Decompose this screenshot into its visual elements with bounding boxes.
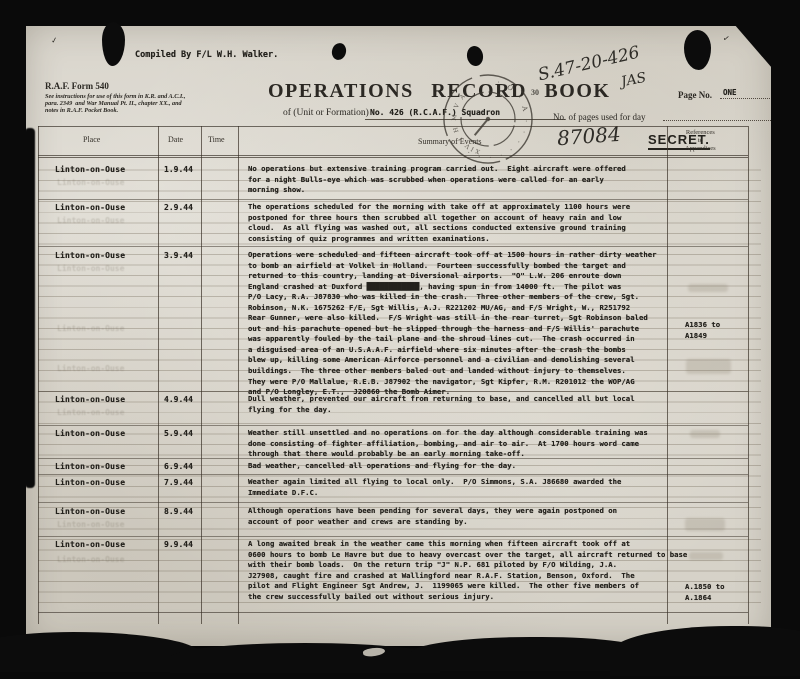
scan-edge-right [771,0,800,679]
table-bottom-line [38,612,748,613]
row-summary: Dull weather, prevented our aircraft fro… [248,394,635,415]
bleed-through-text: Linton-on-Ouse [57,408,124,417]
form-instructions: See instructions for use of this form in… [45,93,185,114]
row-sep-2 [38,246,748,247]
bleed-through-text: Linton-on-Ouse [57,178,124,187]
row-place: Linton-on-Ouse [55,462,125,471]
bleed-smudge [686,359,731,374]
header-sep-line-2 [38,157,748,158]
col-header-references: References to Appendices [685,129,716,153]
row-date: 6.9.44 [164,462,193,471]
col-header-place: Place [83,135,100,144]
bleed-through-text: Linton-on-Ouse [57,555,124,564]
row-place: Linton-on-Ouse [55,165,125,174]
row-references: A.1850 to A.1864 [685,581,725,603]
header-sep-line-1 [38,155,748,156]
row-place: Linton-on-Ouse [55,507,125,516]
row-date: 2.9.44 [164,203,193,212]
bleed-smudge [690,430,720,438]
row-place: Linton-on-Ouse [55,203,125,212]
page-no-fill-line [720,90,770,99]
row-date: 1.9.44 [164,165,193,174]
row-place: Linton-on-Ouse [55,395,125,404]
bleed-through-text: Linton-on-Ouse [57,324,124,333]
unit-line-prefix: of (Unit or Formation) [283,108,369,118]
row-sep-8 [38,536,748,537]
punch-hole [684,30,711,70]
bleed-through-text: Linton-on-Ouse [57,520,124,529]
row-date: 5.9.44 [164,429,193,438]
row-summary: Although operations have been pending fo… [248,506,617,527]
row-place: Linton-on-Ouse [55,540,125,549]
row-place: Linton-on-Ouse [55,429,125,438]
row-summary: The operations scheduled for the morning… [248,202,630,244]
torn-edge [170,643,440,673]
col-header-summary: Summary of Events [418,137,482,146]
bleed-smudge [689,552,723,560]
row-sep-7 [38,502,748,503]
row-place: Linton-on-Ouse [55,478,125,487]
table-border-right [748,126,749,624]
row-date: 4.9.44 [164,395,193,404]
row-date: 3.9.44 [164,251,193,260]
row-date: 9.9.44 [164,540,193,549]
table-border-left [38,126,39,624]
scanned-document: Compiled By F/L W.H. Walker. R.A.F. Form… [0,0,800,679]
pen-tick-mark: ✓ [722,33,730,43]
row-summary: A long awaited break in the weather came… [248,539,687,602]
scan-edge-left [0,0,26,679]
col-line-place-date [158,126,159,624]
row-summary: Weather still unsettled and no operation… [248,428,648,460]
scan-edge-top [0,0,800,26]
row-sep-6 [38,474,748,475]
stamp-date-fragment: 30 [531,88,539,97]
col-line-date-time [201,126,202,624]
row-summary: Weather again limited all flying to loca… [248,477,621,498]
row-references: A1836 to A1849 [685,319,720,341]
row-sep-4 [38,425,748,426]
pen-tick-mark: ✓ [50,35,58,45]
row-sep-1 [38,199,748,200]
row-date: 7.9.44 [164,478,193,487]
row-summary: Bad weather, cancelled all operations an… [248,461,516,472]
bleed-smudge [688,284,728,292]
table-top-line [38,126,748,127]
handwritten-initials: JAS [620,70,648,91]
bleed-through-text: Linton-on-Ouse [57,264,124,273]
binding-shadow [25,128,35,488]
pages-used-fill-line [663,112,771,121]
row-summary: No operations but extensive training pro… [248,164,626,196]
col-line-time-summary [238,126,239,624]
bleed-smudge [685,518,725,531]
row-place: Linton-on-Ouse [55,251,125,260]
record-book-page: Compiled By F/L W.H. Walker. R.A.F. Form… [25,24,772,646]
page-no-label: Page No. [678,90,712,100]
form-number: R.A.F. Form 540 [45,81,109,91]
row-date: 8.9.44 [164,507,193,516]
row-summary: Operations were scheduled and fifteen ai… [248,250,657,398]
bleed-through-text: Linton-on-Ouse [57,364,124,373]
pages-used-label: No. of pages used for day [553,112,645,122]
bleed-through-text: Linton-on-Ouse [57,216,124,225]
compiled-by-line: Compiled By F/L W.H. Walker. [135,50,278,60]
col-header-date: Date [168,135,183,144]
col-header-time: Time [208,135,225,144]
